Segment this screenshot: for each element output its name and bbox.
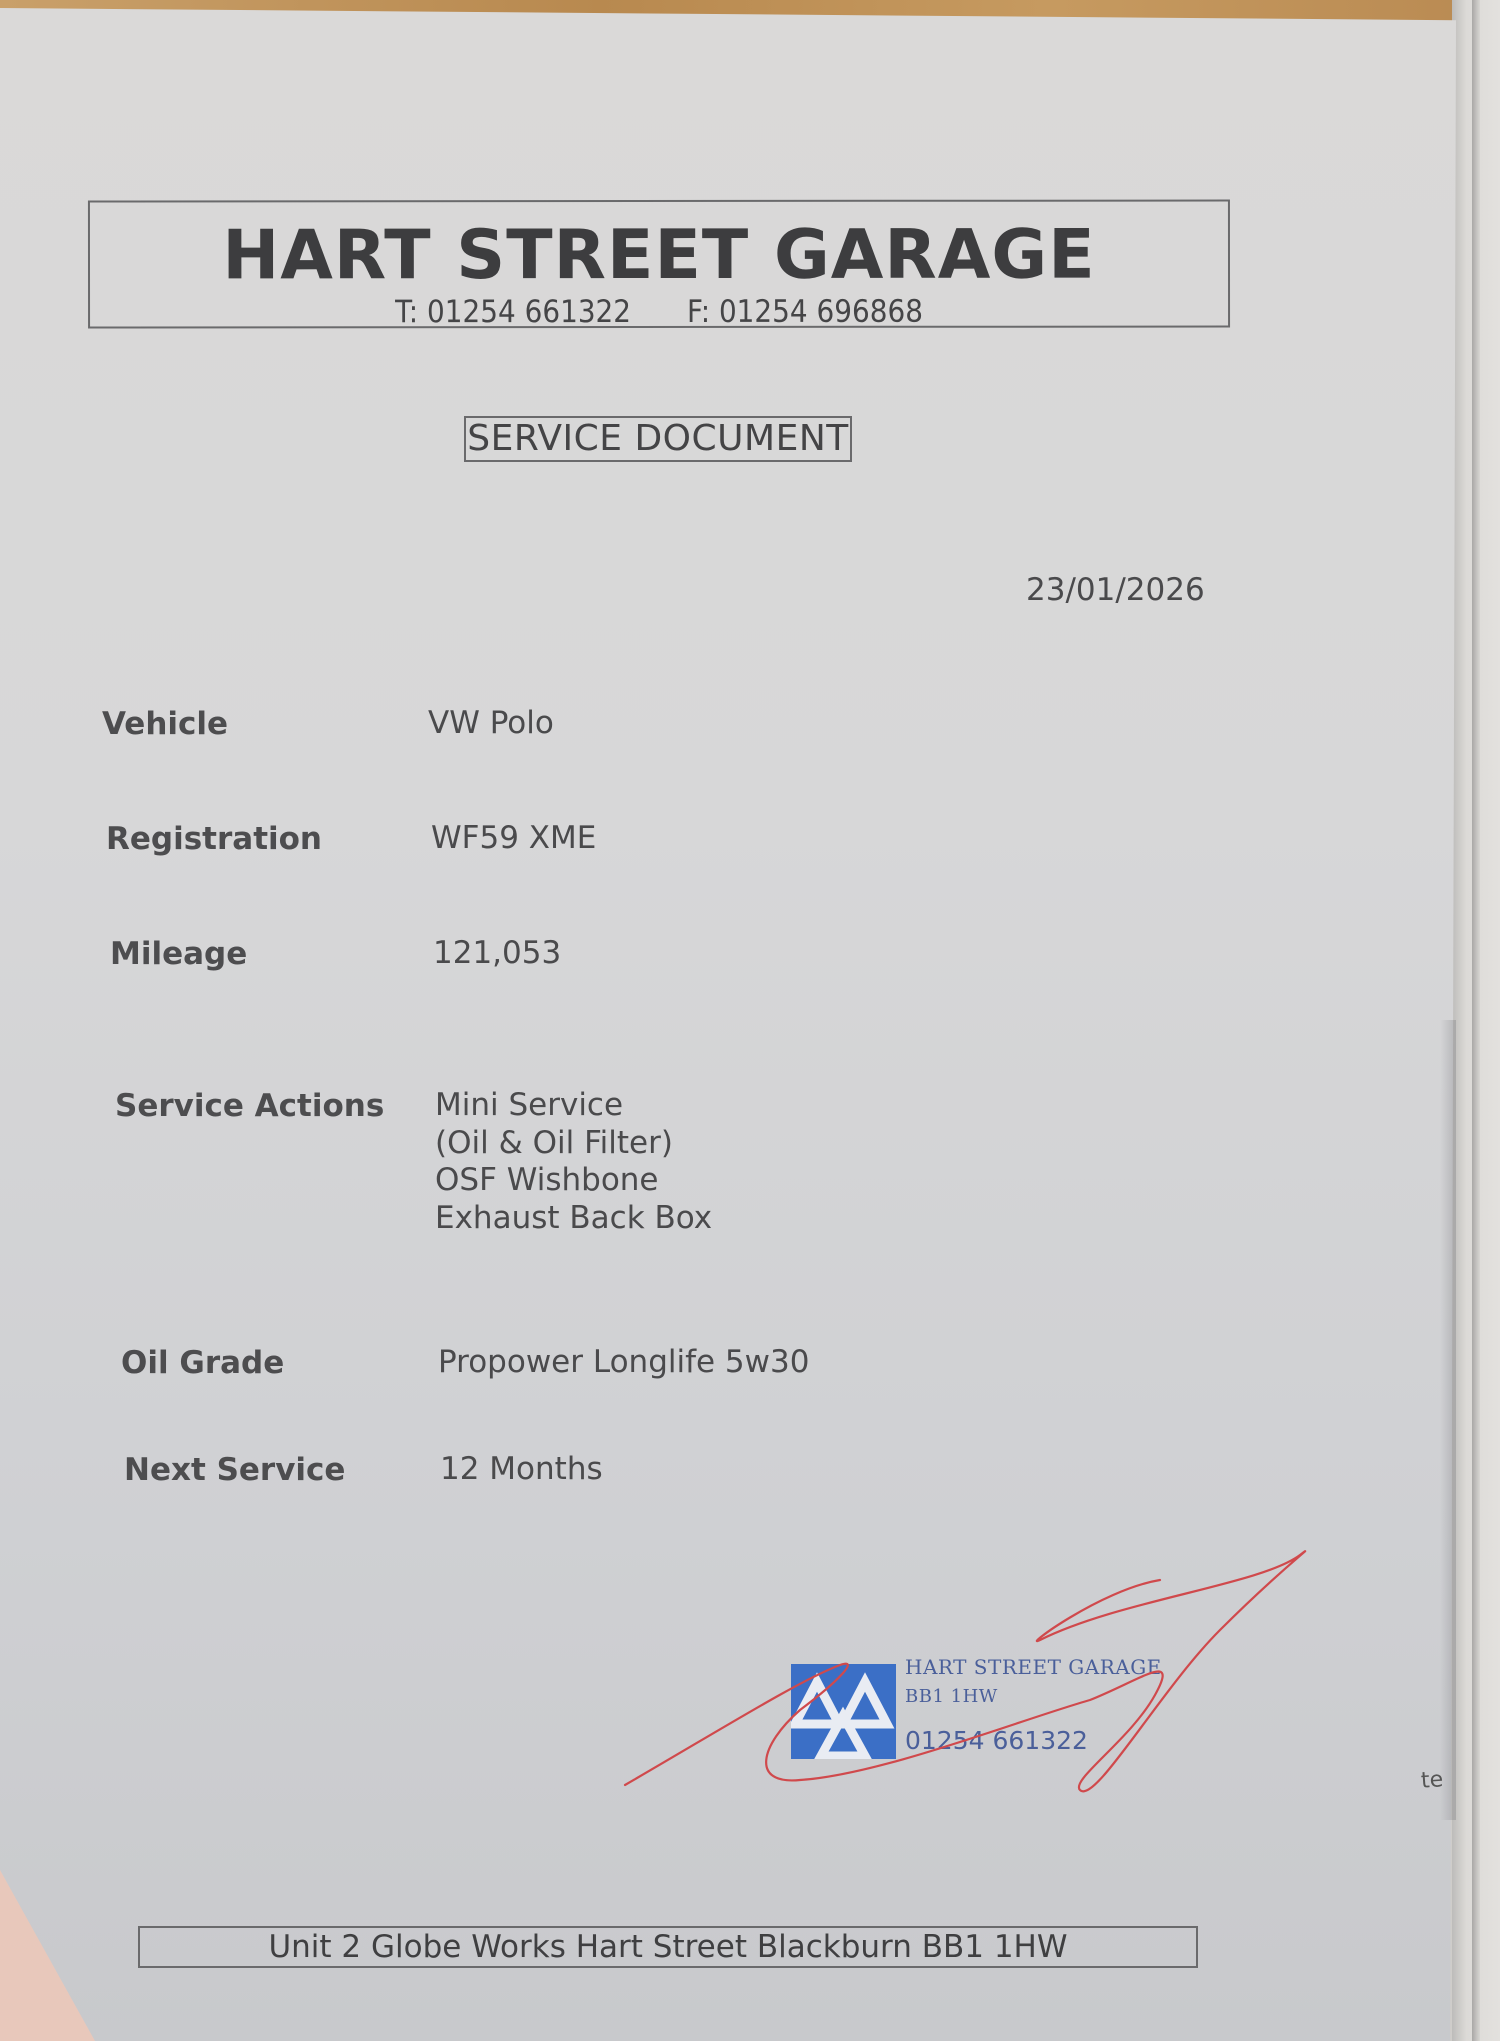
oil-grade-value: Propower Longlife 5w30 bbox=[438, 1344, 809, 1382]
service-action-item: OSF Wishbone bbox=[435, 1162, 712, 1200]
service-action-item: Exhaust Back Box bbox=[435, 1200, 712, 1238]
fax-number: F: 01254 696868 bbox=[687, 294, 923, 330]
document-date: 23/01/2026 bbox=[1026, 572, 1205, 608]
service-action-item: (Oil & Oil Filter) bbox=[435, 1125, 712, 1163]
service-action-item: Mini Service bbox=[435, 1087, 712, 1125]
service-actions-list: Mini Service (Oil & Oil Filter) OSF Wish… bbox=[435, 1087, 712, 1237]
document-title: SERVICE DOCUMENT bbox=[464, 416, 852, 462]
service-actions-label: Service Actions bbox=[115, 1088, 384, 1124]
mileage-label: Mileage bbox=[110, 936, 247, 972]
registration-label: Registration bbox=[106, 821, 322, 857]
letterhead-box: HART STREET GARAGE T: 01254 661322F: 012… bbox=[88, 200, 1230, 329]
vehicle-value: VW Polo bbox=[428, 705, 554, 743]
underlying-page-edge bbox=[1472, 0, 1480, 2041]
contact-numbers: T: 01254 661322F: 01254 696868 bbox=[90, 294, 1228, 331]
next-service-value: 12 Months bbox=[440, 1451, 603, 1489]
registration-value: WF59 XME bbox=[431, 820, 596, 858]
telephone-number: T: 01254 661322 bbox=[395, 294, 631, 330]
mileage-value: 121,053 bbox=[433, 935, 561, 973]
sheet-fold-shadow bbox=[1440, 1020, 1456, 1820]
vehicle-label: Vehicle bbox=[102, 706, 228, 742]
oil-grade-label: Oil Grade bbox=[121, 1345, 284, 1381]
address-footer: Unit 2 Globe Works Hart Street Blackburn… bbox=[138, 1926, 1198, 1968]
next-service-label: Next Service bbox=[124, 1452, 345, 1488]
signature-mark bbox=[600, 1530, 1340, 1820]
underlying-page-text: te bbox=[1420, 1767, 1444, 1793]
business-name: HART STREET GARAGE bbox=[90, 216, 1228, 296]
